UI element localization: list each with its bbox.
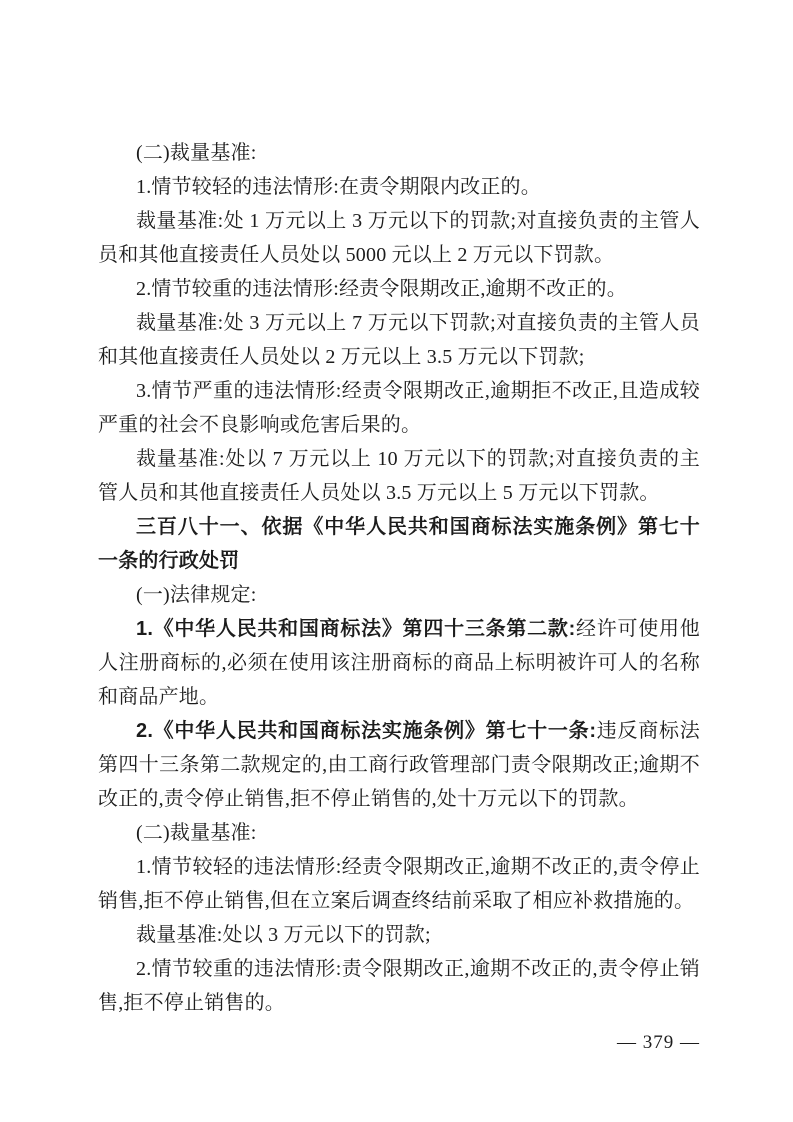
- paragraph-minor-violation-2: 1.情节较轻的违法情形:经责令限期改正,逾期不改正的,责令停止销售,拒不停止销售…: [98, 850, 700, 918]
- document-body: (二)裁量基准: 1.情节较轻的违法情形:在责令期限内改正的。 裁量基准:处 1…: [98, 136, 700, 1020]
- paragraph-lead-bold: 1.《中华人民共和国商标法》第四十三条第二款:: [136, 618, 575, 640]
- paragraph-implementation-regulation-clause: 2.《中华人民共和国商标法实施条例》第七十一条:违反商标法第四十三条第二款规定的…: [98, 714, 700, 816]
- paragraph-text: 2.情节较重的违法情形:责令限期改正,逾期不改正的,责令停止销售,拒不停止销售的…: [98, 958, 700, 1014]
- section-heading-article-381: 三百八十一、依据《中华人民共和国商标法实施条例》第七十一条的行政处罚: [98, 510, 700, 578]
- paragraph-text: 裁量基准:处以 7 万元以上 10 万元以下的罚款;对直接负责的主管人员和其他直…: [98, 448, 700, 504]
- paragraph-text: (二)裁量基准:: [136, 142, 256, 164]
- paragraph-discretion-header-2: (二)裁量基准:: [98, 816, 700, 850]
- paragraph-text: 3.情节严重的违法情形:经责令限期改正,逾期拒不改正,且造成较严重的社会不良影响…: [98, 380, 700, 436]
- paragraph-minor-penalty-2: 裁量基准:处以 3 万元以下的罚款;: [98, 918, 700, 952]
- paragraph-moderate-violation-2: 2.情节较重的违法情形:责令限期改正,逾期不改正的,责令停止销售,拒不停止销售的…: [98, 952, 700, 1020]
- document-page: (二)裁量基准: 1.情节较轻的违法情形:在责令期限内改正的。 裁量基准:处 1…: [0, 0, 793, 1122]
- paragraph-text: 裁量基准:处以 3 万元以下的罚款;: [136, 924, 431, 946]
- paragraph-minor-violation: 1.情节较轻的违法情形:在责令期限内改正的。: [98, 170, 700, 204]
- paragraph-minor-penalty: 裁量基准:处 1 万元以上 3 万元以下的罚款;对直接负责的主管人员和其他直接责…: [98, 204, 700, 272]
- paragraph-trademark-law-clause: 1.《中华人民共和国商标法》第四十三条第二款:经许可使用他人注册商标的,必须在使…: [98, 612, 700, 714]
- paragraph-discretion-header: (二)裁量基准:: [98, 136, 700, 170]
- paragraph-text: 2.情节较重的违法情形:经责令限期改正,逾期不改正的。: [136, 278, 627, 300]
- paragraph-legal-provisions-header: (一)法律规定:: [98, 578, 700, 612]
- paragraph-moderate-penalty: 裁量基准:处 3 万元以上 7 万元以下罚款;对直接负责的主管人员和其他直接责任…: [98, 306, 700, 374]
- paragraph-text: 1.情节较轻的违法情形:在责令期限内改正的。: [136, 176, 541, 198]
- paragraph-text: (二)裁量基准:: [136, 822, 256, 844]
- page-number: — 379 —: [98, 1032, 700, 1054]
- paragraph-text: (一)法律规定:: [136, 584, 256, 606]
- paragraph-text: 1.情节较轻的违法情形:经责令限期改正,逾期不改正的,责令停止销售,拒不停止销售…: [98, 856, 700, 912]
- paragraph-severe-violation: 3.情节严重的违法情形:经责令限期改正,逾期拒不改正,且造成较严重的社会不良影响…: [98, 374, 700, 442]
- paragraph-lead-bold: 2.《中华人民共和国商标法实施条例》第七十一条:: [136, 720, 596, 742]
- paragraph-severe-penalty: 裁量基准:处以 7 万元以上 10 万元以下的罚款;对直接负责的主管人员和其他直…: [98, 442, 700, 510]
- paragraph-text: 裁量基准:处 1 万元以上 3 万元以下的罚款;对直接负责的主管人员和其他直接责…: [98, 210, 700, 266]
- paragraph-text: 裁量基准:处 3 万元以上 7 万元以下罚款;对直接负责的主管人员和其他直接责任…: [98, 312, 700, 368]
- paragraph-moderate-violation: 2.情节较重的违法情形:经责令限期改正,逾期不改正的。: [98, 272, 700, 306]
